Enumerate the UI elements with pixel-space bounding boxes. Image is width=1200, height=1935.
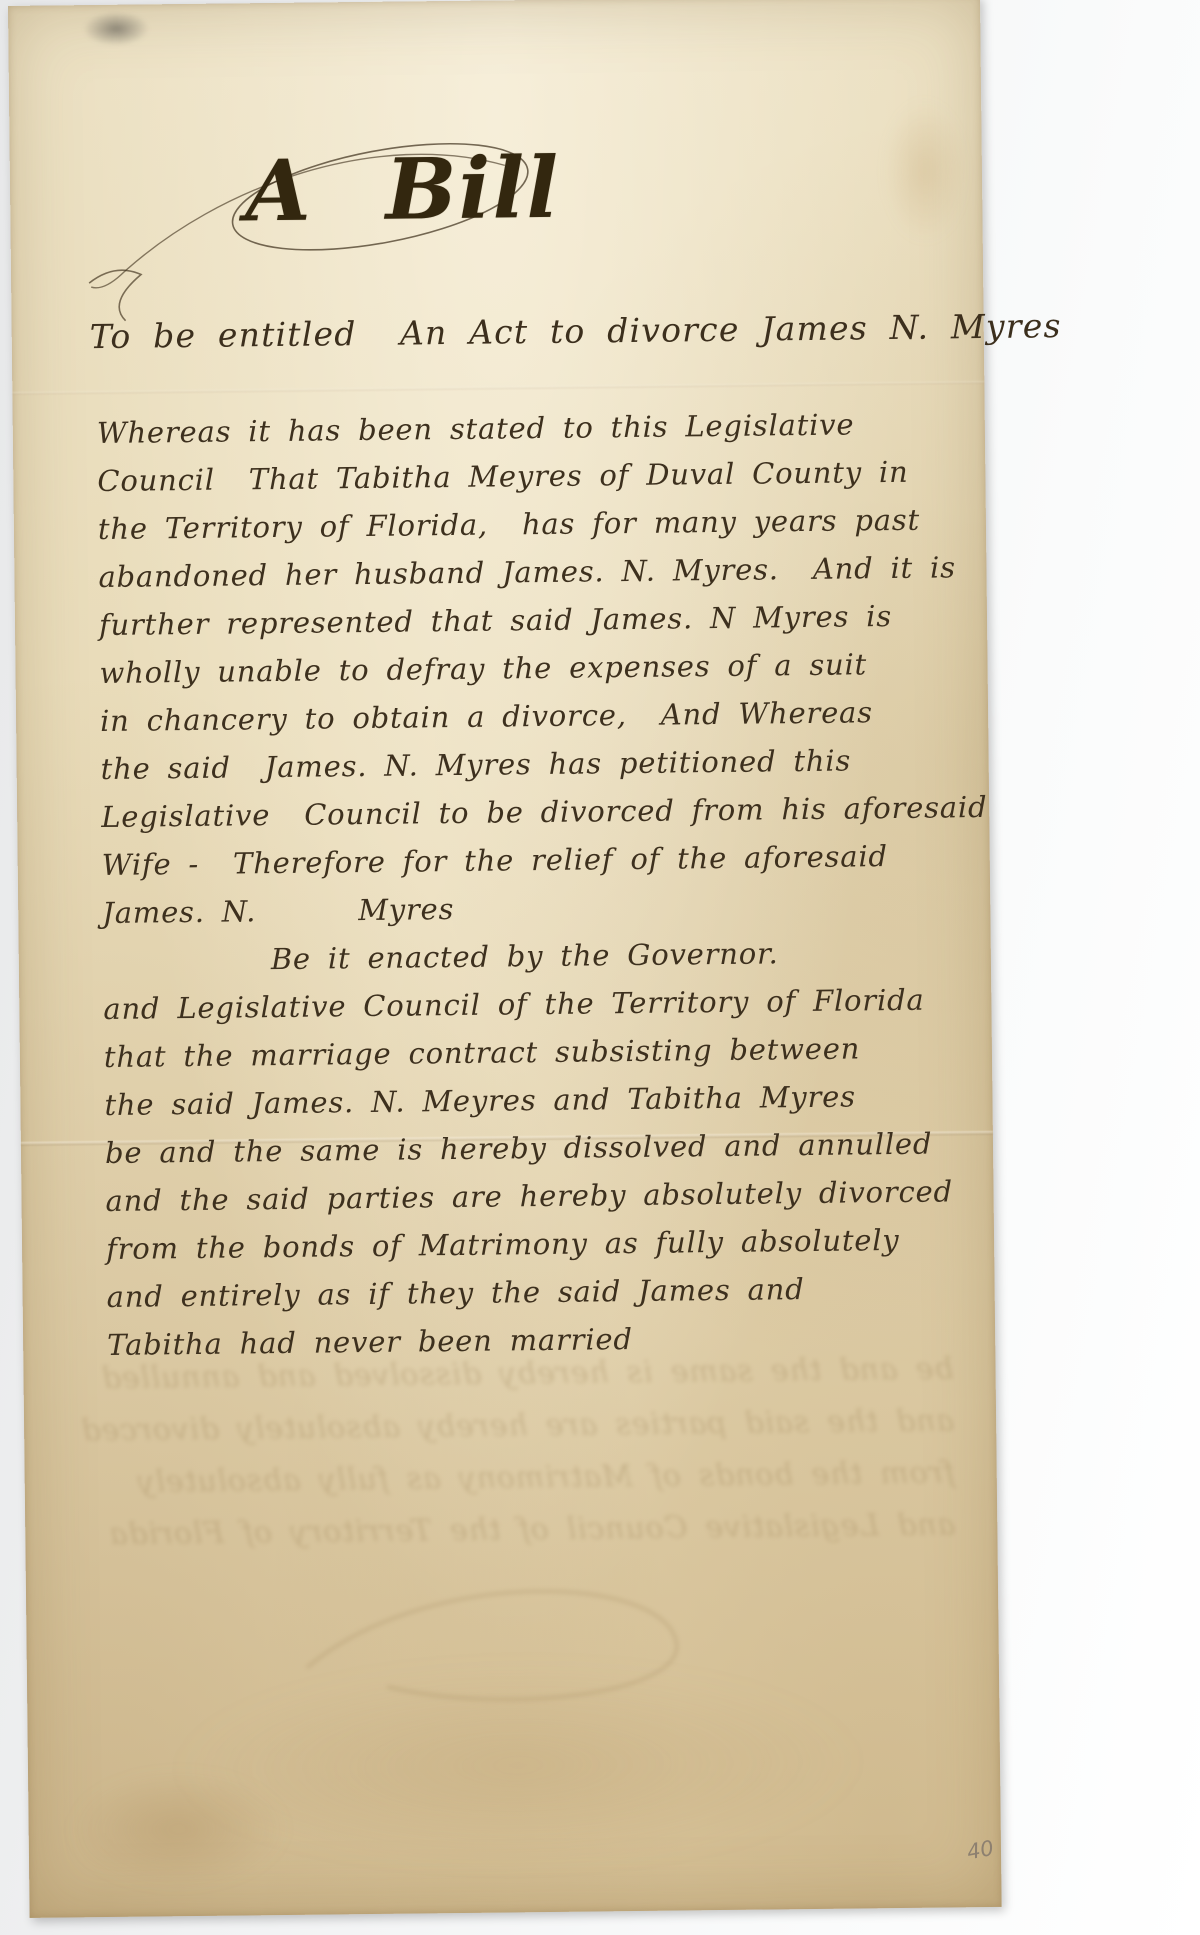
paper-stain — [87, 1635, 950, 1895]
bleedthrough-line: and the said parties are hereby absolute… — [74, 1395, 955, 1457]
bleedthrough-line: and Legislative Council of the Territory… — [75, 1499, 956, 1561]
scan-background: { "page": { "annotation": "40" }, "color… — [0, 0, 1200, 1935]
body-line: Tabitha had never been married — [107, 1311, 987, 1369]
bleedthrough-line: from the bonds of Matrimony as fully abs… — [74, 1447, 955, 1509]
bleedthrough-flourish-icon — [246, 1553, 768, 1739]
bleedthrough-ghost-text: be and the same is hereby dissolved and … — [73, 1343, 955, 1561]
document-paper: A Bill To be entitled An Act to divorce … — [8, 0, 1002, 1918]
paper-stain — [869, 75, 981, 266]
document-title: A Bill — [245, 138, 561, 241]
document-body: Whereas it has been stated to this Legis… — [97, 399, 988, 1369]
ink-smudge-stain — [70, 4, 163, 53]
body-line: Wife - Therefore for the relief of the a… — [101, 831, 981, 889]
document-subtitle: To be entitled An Act to divorce James N… — [90, 307, 980, 356]
body-line: from the bonds of Matrimony as fully abs… — [106, 1215, 986, 1273]
paper-stain — [38, 1753, 320, 1906]
fold-crease — [12, 381, 984, 395]
archival-number-annotation: 40 — [965, 1836, 996, 1865]
